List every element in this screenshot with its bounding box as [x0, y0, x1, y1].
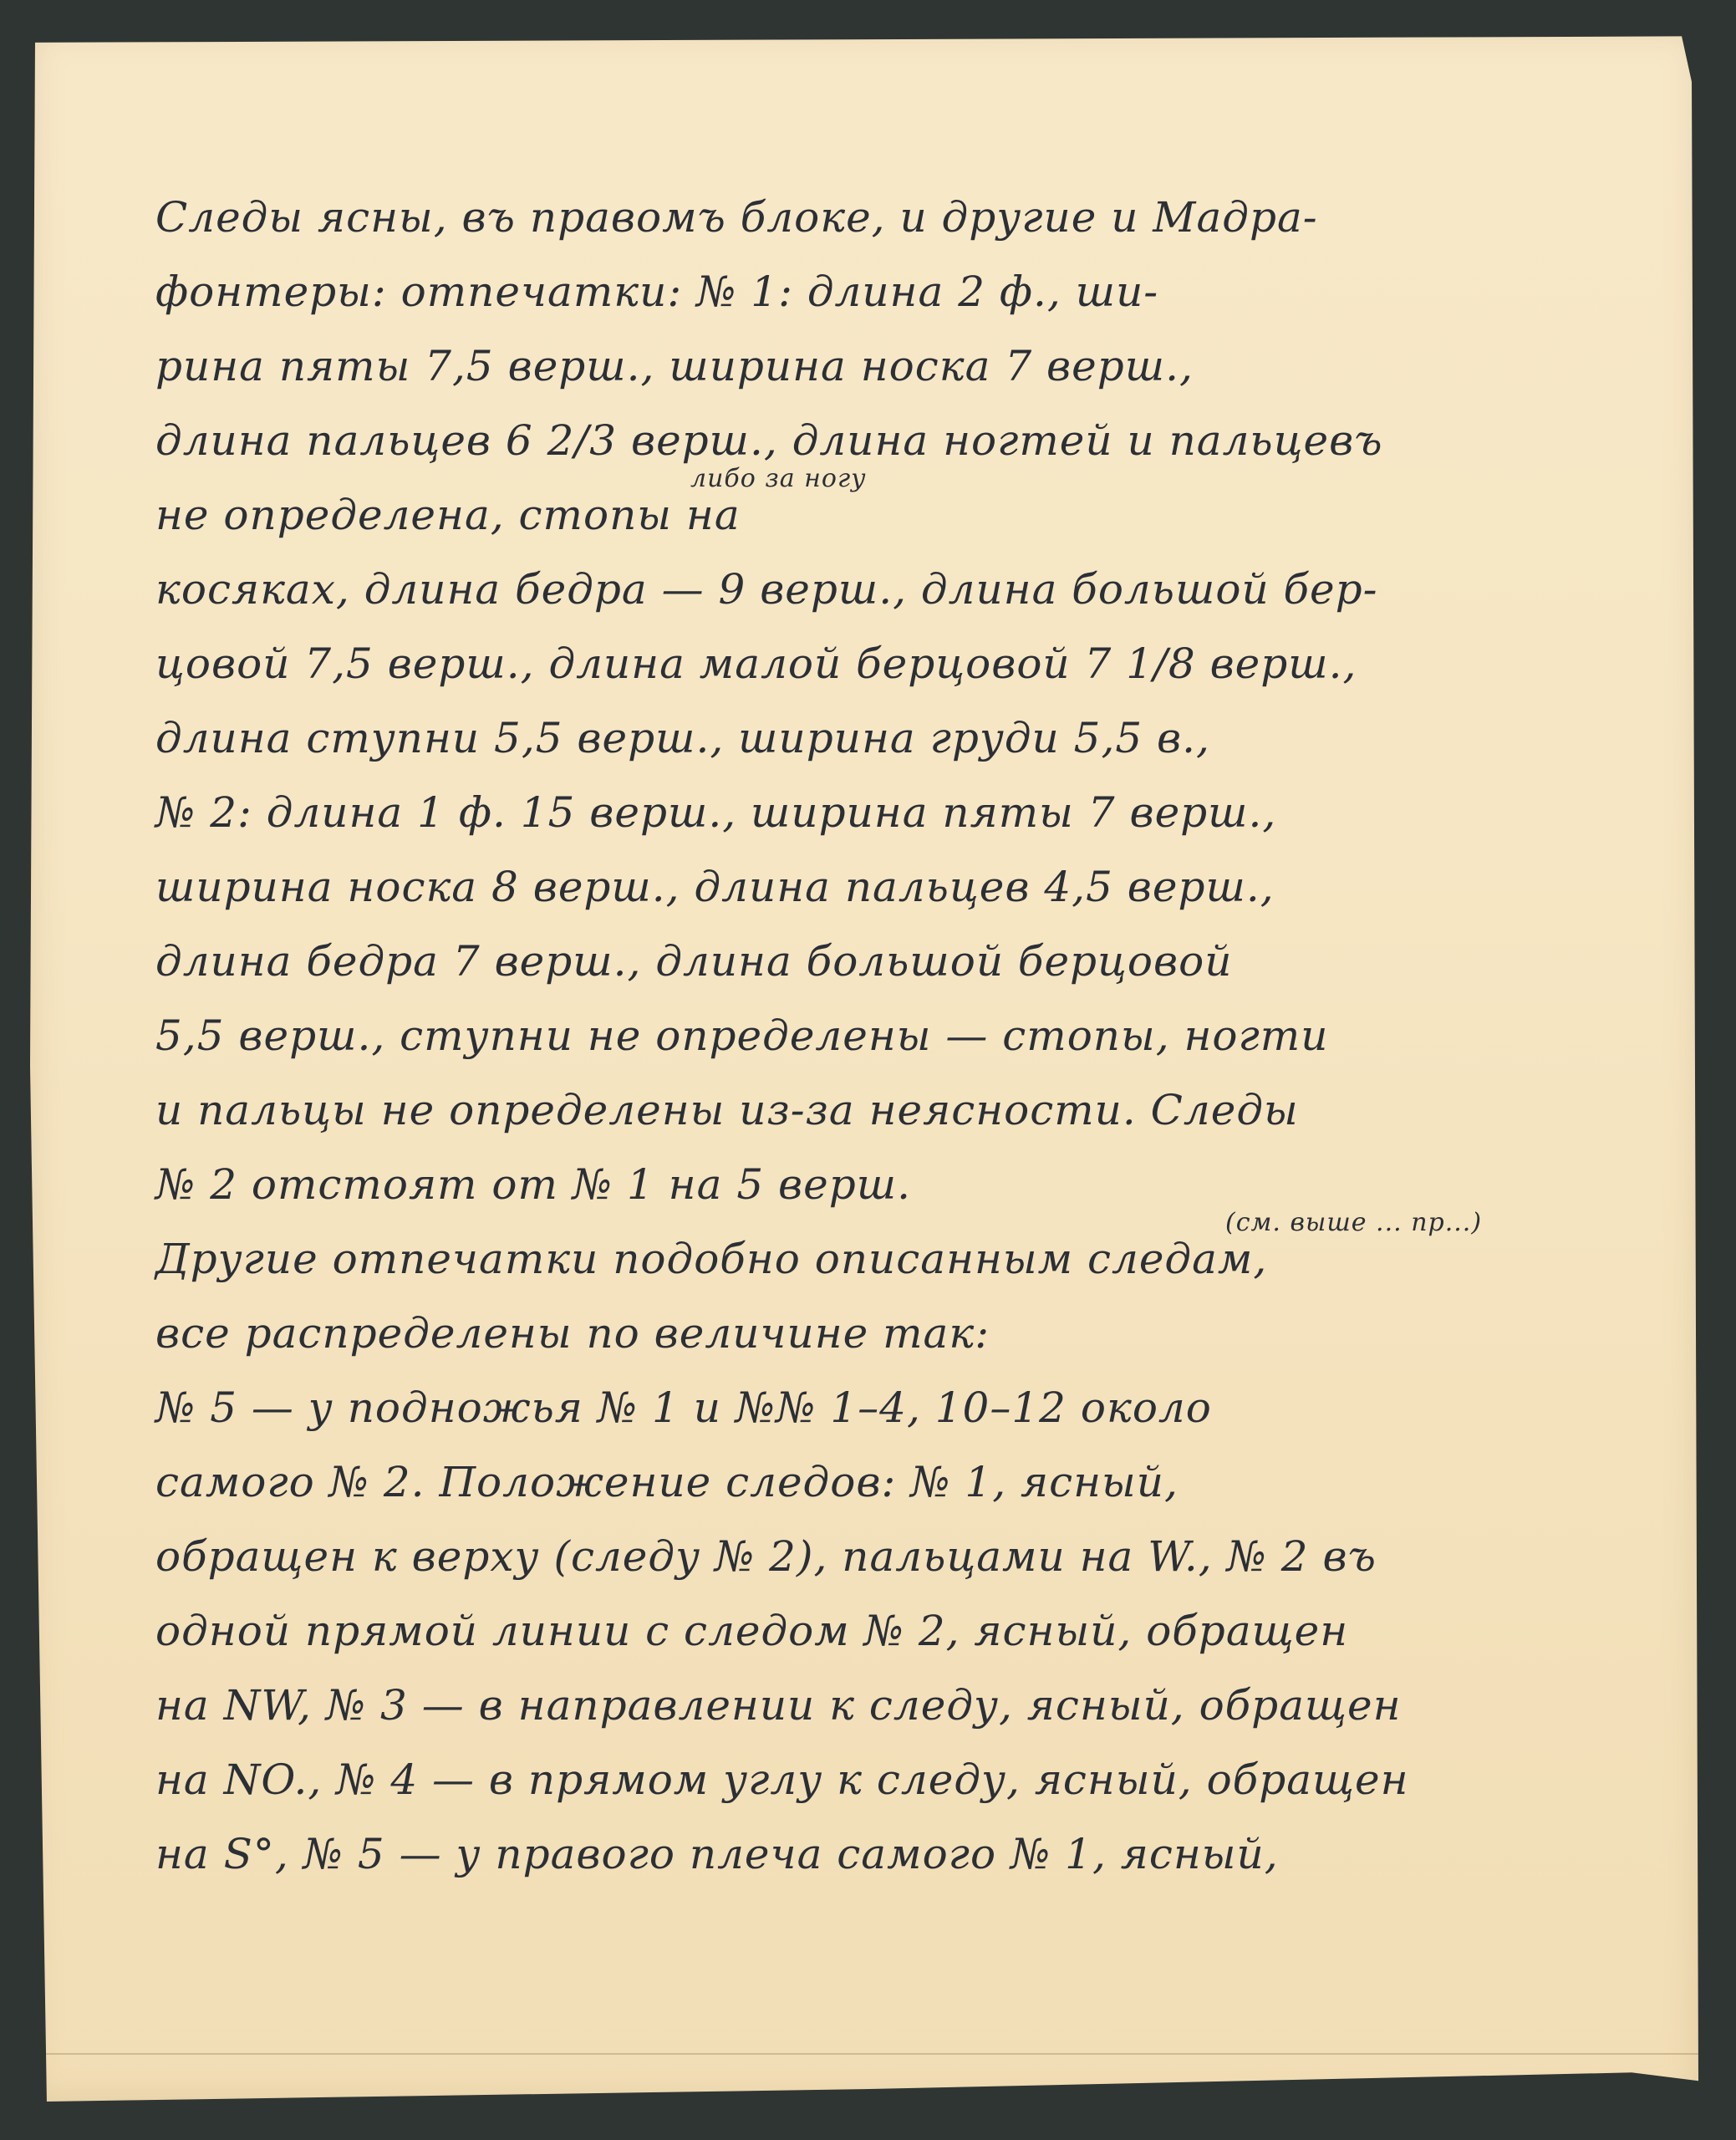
- text-line-2: фонтеры: отпечатки: № 1: длина 2 ф., ши-: [155, 255, 1710, 329]
- text-line-4: длина пальцев 6 2/3 верш., длина ногтей …: [155, 404, 1710, 478]
- text-line-10: ширина носка 8 верш., длина пальцев 4,5 …: [155, 850, 1710, 925]
- text-line-5: не определена, стопы на: [155, 491, 741, 539]
- text-line-13: и пальцы не определены из-за неясности. …: [155, 1073, 1710, 1148]
- text-line-22: на NO., № 4 — в прямом углу к следу, ясн…: [155, 1743, 1710, 1817]
- text-line-6: косяках, длина бедра — 9 верш., длина бо…: [155, 553, 1710, 627]
- text-line-17: № 5 — у подножья № 1 и №№ 1–4, 10–12 око…: [155, 1371, 1710, 1445]
- manuscript-text: Следы ясны, въ правомъ блоке, и другие и…: [155, 181, 1710, 1892]
- text-line-3: рина пяты 7,5 верш., ширина носка 7 верш…: [155, 329, 1710, 404]
- text-line-12: 5,5 верш., ступни не определены — стопы,…: [155, 999, 1710, 1073]
- text-line-16: все распределены по величине так:: [155, 1297, 1710, 1371]
- text-line-5-wrapper: либо за ногу не определена, стопы на: [155, 478, 1710, 553]
- text-line-7: цовой 7,5 верш., длина малой берцовой 7 …: [155, 627, 1710, 701]
- interlinear-note: (см. выше ... пр...): [1225, 1210, 1482, 1236]
- text-line-9: № 2: длина 1 ф. 15 верш., ширина пяты 7 …: [155, 776, 1710, 850]
- text-line-15: Другие отпечатки подобно описанным следа…: [155, 1235, 1267, 1283]
- text-line-18: самого № 2. Положение следов: № 1, ясный…: [155, 1445, 1710, 1520]
- text-line-11: длина бедра 7 верш., длина большой берцо…: [155, 925, 1710, 999]
- text-line-8: длина ступни 5,5 верш., ширина груди 5,5…: [155, 701, 1710, 776]
- text-line-21: на NW, № 3 — в направлении к следу, ясны…: [155, 1669, 1710, 1743]
- text-line-20: одной прямой линии с следом № 2, ясный, …: [155, 1594, 1710, 1669]
- text-line-1: Следы ясны, въ правомъ блоке, и другие и…: [155, 181, 1710, 255]
- text-line-19: обращен к верху (следу № 2), пальцами на…: [155, 1520, 1710, 1594]
- text-line-23: на S°, № 5 — у правого плеча самого № 1,…: [155, 1817, 1710, 1892]
- interlinear-note: либо за ногу: [690, 466, 867, 492]
- text-line-15-wrapper: (см. выше ... пр...) Другие отпечатки по…: [155, 1222, 1710, 1297]
- manuscript-page: Следы ясны, въ правомъ блоке, и другие и…: [30, 30, 1698, 2102]
